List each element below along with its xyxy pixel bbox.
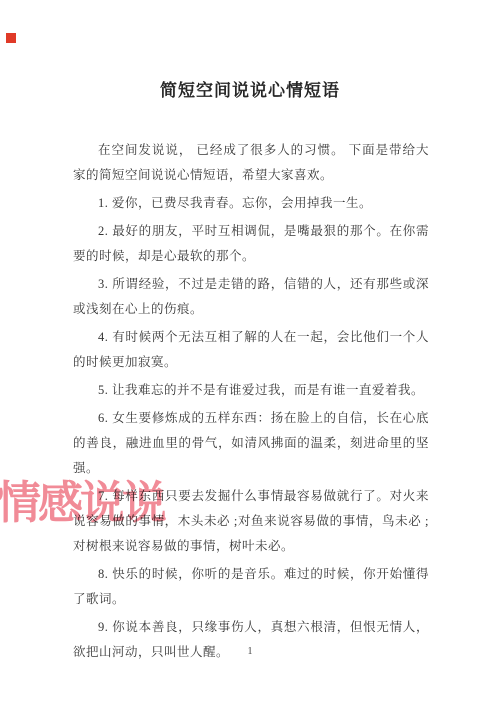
red-corner-marker xyxy=(6,33,16,43)
document-body: 在空间发说说， 已经成了很多人的习惯。 下面是带给大家的简短空间说说心情短语，希… xyxy=(73,138,429,668)
document-page: 简短空间说说心情短语 在空间发说说， 已经成了很多人的习惯。 下面是带给大家的简… xyxy=(0,0,500,707)
list-item: 7. 每样东西只要去发掘什么事情最容易做就行了。对火来说容易做的事情，木头未必 … xyxy=(73,484,429,559)
list-item: 3. 所谓经验，不过是走错的路，信错的人，还有那些或深或浅刻在心上的伤痕。 xyxy=(73,272,429,322)
list-item: 2. 最好的朋友，平时互相调侃，是嘴最狠的那个。在你需要的时候，却是心最软的那个… xyxy=(73,219,429,269)
list-item: 9. 你说本善良，只缘事伤人，真想六根清，但恨无情人，欲把山河动，只叫世人醒。 xyxy=(73,615,429,665)
list-item: 1. 爱你，已费尽我青春。忘你，会用掉我一生。 xyxy=(73,191,429,216)
intro-paragraph: 在空间发说说， 已经成了很多人的习惯。 下面是带给大家的简短空间说说心情短语，希… xyxy=(73,138,429,188)
page-number: 1 xyxy=(0,646,500,657)
list-item: 8. 快乐的时候，你听的是音乐。难过的时候，你开始懂得了歌词。 xyxy=(73,562,429,612)
quote-list: 1. 爱你，已费尽我青春。忘你，会用掉我一生。2. 最好的朋友，平时互相调侃，是… xyxy=(73,191,429,665)
list-item: 5. 让我难忘的并不是有谁爱过我，而是有谁一直爱着我。 xyxy=(73,378,429,403)
list-item: 4. 有时候两个无法互相了解的人在一起，会比他们一个人的时候更加寂寞。 xyxy=(73,325,429,375)
list-item: 6. 女生要修炼成的五样东西：扬在脸上的自信，长在心底的善良，融进血里的骨气，如… xyxy=(73,406,429,481)
page-title: 简短空间说说心情短语 xyxy=(0,0,500,101)
